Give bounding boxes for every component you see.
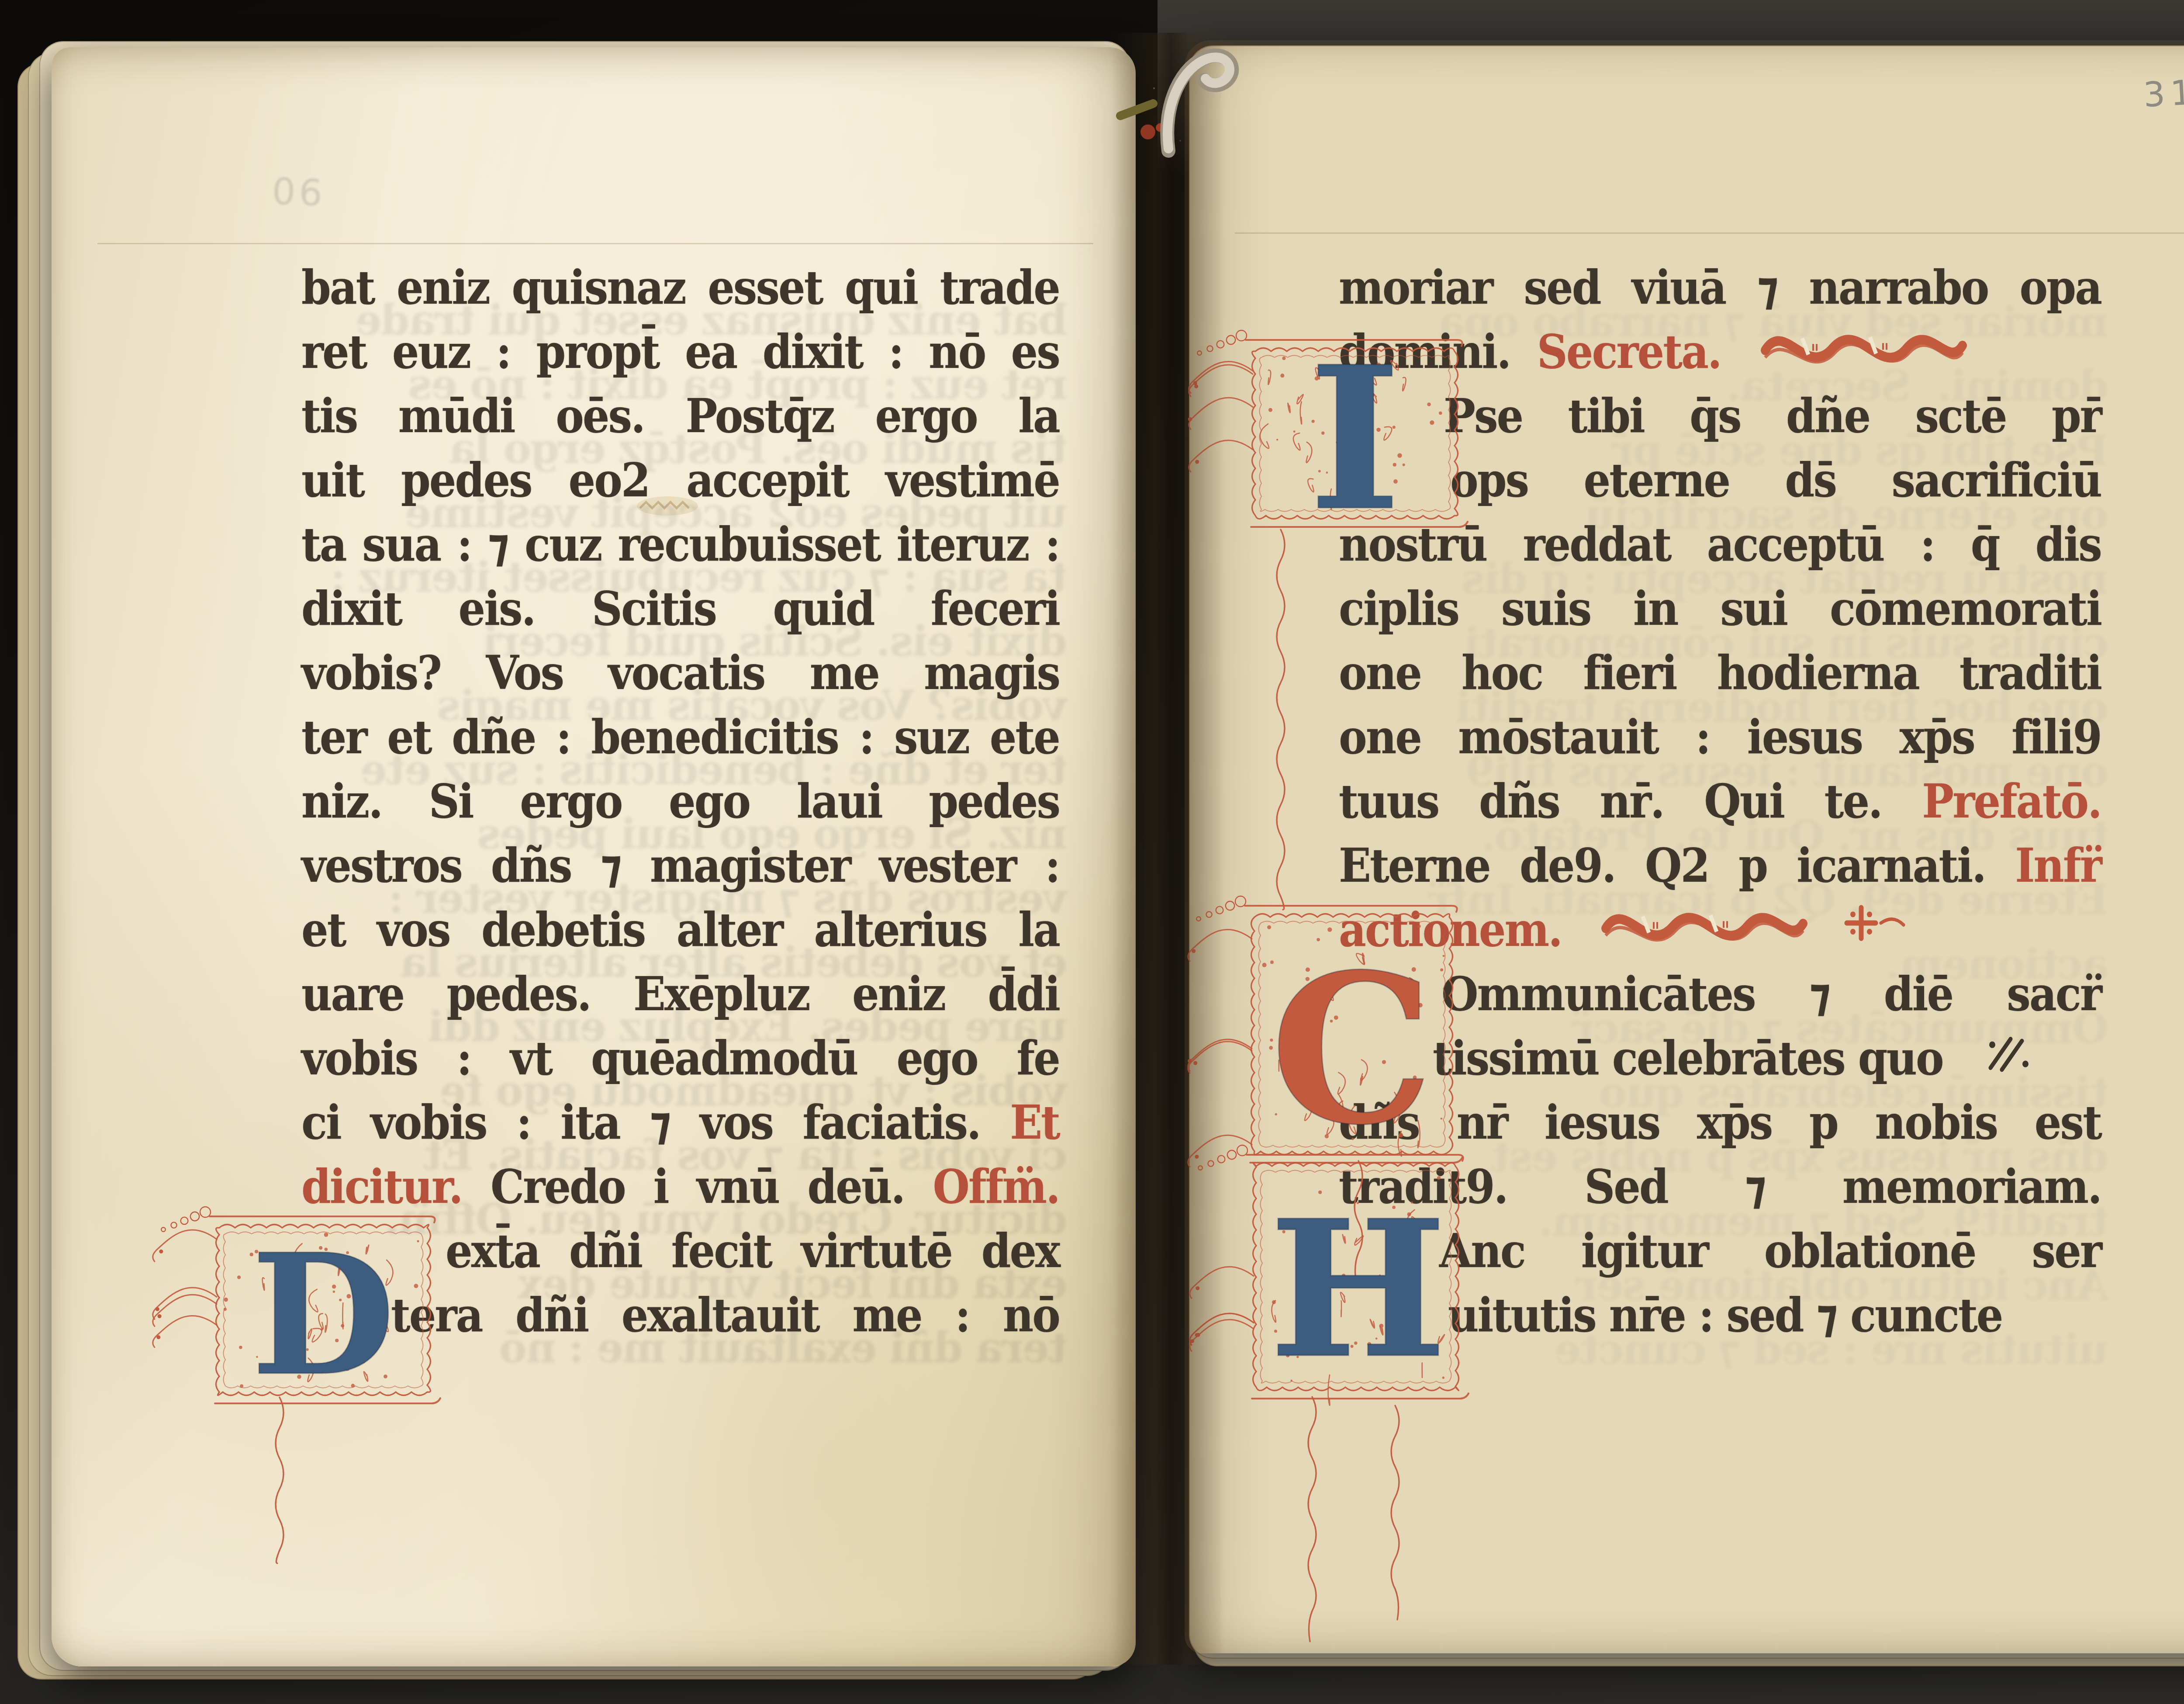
manuscript-line: batenizquisnazessetquitrade: [301, 253, 1059, 323]
body-text: suis: [1501, 574, 1591, 644]
rubric-text: Et: [1010, 1088, 1059, 1158]
left-text-column: batenizquisnazessetquitradereteuz:propt̄…: [301, 256, 1059, 1357]
ruling-line: [97, 243, 1093, 244]
body-text: vobis: [301, 1023, 417, 1094]
right-page: 31 moriar sed viuā ⁊ narrabo opadomini.…: [1185, 40, 2184, 1653]
body-text: quid: [773, 574, 874, 644]
body-text: feceri: [931, 574, 1059, 644]
body-text: ⁊: [1745, 1152, 1766, 1223]
body-text: :: [1045, 509, 1059, 580]
body-text: bat: [301, 253, 374, 323]
body-text: benedicitis: [591, 702, 838, 773]
body-text: uare: [301, 959, 404, 1030]
body-text: Qui: [1704, 766, 1784, 837]
body-text: ter: [301, 702, 366, 773]
body-text: ci: [301, 1088, 341, 1158]
body-text: nr̄.: [1600, 766, 1663, 837]
body-text: esset: [708, 253, 822, 323]
manuscript-line: Ancigituroblationēser: [1439, 1216, 2101, 1287]
body-text: :: [457, 509, 471, 580]
body-text: pedes: [929, 766, 1059, 837]
body-text: :: [516, 1088, 531, 1158]
manuscript-line: tissimū celebrātes quo: [1433, 1023, 2035, 1094]
body-text: vos: [377, 895, 450, 966]
body-text: te.: [1825, 766, 1882, 837]
svg-text:H: H: [1269, 1179, 1447, 1400]
body-text: quēadmodū: [591, 1023, 857, 1094]
body-text: uitutis nr̄e : sed ⁊ cuncte: [1448, 1280, 2015, 1351]
body-text: me: [852, 1280, 921, 1351]
body-text: ret: [301, 317, 366, 388]
body-text: diē: [1884, 959, 1952, 1030]
manuscript-line: Psetibiq̄sdñesctēpr̄: [1444, 381, 2101, 452]
body-text: laui: [797, 766, 882, 837]
manuscript-line: vestrosdñs⁊magistervester:: [301, 831, 1059, 901]
svg-text:D: D: [251, 1217, 395, 1413]
body-text: alter: [677, 895, 782, 966]
body-text: iesus: [1545, 1088, 1659, 1158]
body-text: q̄: [1971, 509, 1999, 580]
body-text: virtutē: [801, 1216, 952, 1287]
body-text: :: [1920, 509, 1935, 580]
body-text: ⁊: [488, 509, 508, 580]
manuscript-line: etvosdebetisalteralteriusla: [301, 895, 1059, 966]
rubric-text: Secreta.: [1524, 317, 1735, 388]
gutter-shadow: [1112, 33, 1225, 1665]
body-text: de9.: [1520, 831, 1615, 901]
body-text: dex: [981, 1216, 1059, 1287]
body-text: dñe: [1786, 381, 1870, 452]
manuscript-photo: 06 bat eniz quisnaz esset qui traderet e…: [0, 0, 2184, 1704]
body-text: magister: [650, 831, 850, 901]
body-text: :: [456, 1023, 471, 1094]
body-text: :: [1045, 831, 1059, 901]
manuscript-line: niz.Siergoegolauipedes: [301, 766, 1059, 837]
body-text: Credo: [491, 1152, 625, 1223]
body-text: uit: [301, 445, 364, 516]
manuscript-line: vobis:vtquēadmodūegofe: [301, 1023, 1059, 1094]
body-text: mōstauit: [1458, 702, 1658, 773]
body-text: :: [888, 317, 903, 388]
body-text: ergo: [520, 766, 622, 837]
body-text: iteruz: [896, 509, 1028, 580]
manuscript-line: teretdñe:benedicitis:suzete: [301, 702, 1059, 773]
manuscript-line: dixiteis.Scitisquidfeceri: [301, 574, 1059, 644]
body-text: niz.: [301, 766, 382, 837]
body-text: ⁊: [600, 831, 621, 901]
body-text: vestros: [301, 831, 462, 901]
body-text: narrabo: [1809, 253, 1988, 323]
body-text: vestimē: [885, 445, 1059, 516]
body-text: nō: [1003, 1280, 1059, 1351]
body-text: ⁊: [650, 1088, 670, 1158]
ruling-line: [1235, 232, 2184, 234]
body-text: tissimū celebrātes quo: [1433, 1023, 1956, 1094]
manuscript-line: teradñiexaltauitme:nō: [391, 1280, 1059, 1351]
body-text: i: [653, 1152, 668, 1223]
body-text: :: [556, 702, 570, 773]
body-text: pr̄: [2052, 381, 2101, 452]
body-text: hodierna: [1717, 638, 1919, 709]
body-text: dixit: [763, 317, 863, 388]
svg-text:C: C: [1270, 929, 1434, 1170]
body-text: magis: [924, 638, 1059, 709]
body-text: eniz: [397, 253, 489, 323]
body-text: est: [2035, 1088, 2101, 1158]
body-text: opa: [2020, 253, 2101, 323]
body-text: exaltauit: [622, 1280, 819, 1351]
body-text: fili9: [2011, 702, 2101, 773]
svg-text:I: I: [1309, 323, 1401, 554]
body-text: eis.: [459, 574, 535, 644]
body-text: xp̄s: [1697, 1088, 1772, 1158]
body-text: sua: [362, 509, 440, 580]
body-text: Sed: [1584, 1152, 1668, 1223]
body-text: quisnaz: [511, 253, 685, 323]
body-text: es: [1011, 317, 1059, 388]
body-text: Ommunicātes: [1441, 959, 1755, 1030]
body-text: Si: [429, 766, 473, 837]
body-text: ta: [301, 509, 346, 580]
body-text: ser: [2032, 1216, 2101, 1287]
manuscript-line: uitpedeseo2accepitvestimē: [301, 445, 1059, 516]
body-text: et: [301, 895, 346, 966]
manuscript-line: uarepedes.Exēpluzenizd̄di: [301, 959, 1059, 1030]
body-text: mūdi: [398, 381, 515, 452]
body-text: :: [496, 317, 510, 388]
body-text: vnū: [697, 1152, 779, 1223]
body-text: ego: [896, 1023, 977, 1094]
body-text: viuā: [1632, 253, 1726, 323]
body-text: acceptū: [1707, 509, 1884, 580]
body-text: la: [1018, 895, 1059, 966]
body-text: moriar: [1339, 253, 1492, 323]
body-text: ⁊: [1757, 253, 1778, 323]
body-text: cōmemorati: [1830, 574, 2101, 644]
manuscript-line: Ommunicātes⁊diēsacr̈: [1441, 959, 2101, 1030]
body-text: cuz: [525, 509, 601, 580]
body-text: ita: [560, 1088, 620, 1158]
body-text: sui: [1720, 574, 1787, 644]
body-text: ergo: [875, 381, 977, 452]
body-text: pedes.: [446, 959, 590, 1030]
rubric-text: Offm̈.: [933, 1152, 1059, 1223]
body-text: oēs.: [556, 381, 644, 452]
body-text: p: [1809, 1088, 1838, 1158]
body-text: fieri: [1583, 638, 1676, 709]
body-text: Postq̄z: [686, 381, 834, 452]
body-text: :: [955, 1280, 969, 1351]
manuscript-line: civobis:ita⁊vosfaciatis.Et: [301, 1088, 1059, 1158]
body-text: vocatis: [608, 638, 764, 709]
manuscript-line: tismūdioēs.Postq̄zergola: [301, 381, 1059, 452]
pencil-inscription: 06: [271, 170, 326, 215]
body-text: dñi: [569, 1216, 642, 1287]
body-text: icarnati.: [1797, 831, 1985, 901]
illuminated-initial-h: H: [1181, 1141, 1478, 1683]
rubric-text: Infr̈: [2015, 831, 2101, 901]
manuscript-line: vobis?Vosvocatismemagis: [301, 638, 1059, 709]
body-text: tibi: [1568, 381, 1644, 452]
body-text: qui: [845, 253, 917, 323]
body-text: pedes: [401, 445, 532, 516]
body-text: fe: [1017, 1023, 1059, 1094]
manuscript-line: tasua:⁊cuzrecubuissetiteruz:: [301, 509, 1059, 580]
manuscript-line: opseterneds̄sacrificiū: [1450, 445, 2101, 516]
body-text: ext̄a: [446, 1216, 539, 1287]
body-text: Scitis: [592, 574, 716, 644]
body-text: eterne: [1584, 445, 1730, 516]
body-text: trade: [940, 253, 1059, 323]
body-text: dis: [2035, 509, 2101, 580]
body-text: deū.: [808, 1152, 905, 1223]
body-text: suz: [894, 702, 969, 773]
body-text: ds̄: [1785, 445, 1836, 516]
body-text: propt̄: [536, 317, 659, 388]
body-text: alterius: [814, 895, 987, 966]
body-text: in: [1633, 574, 1677, 644]
body-text: iesus: [1747, 702, 1862, 773]
body-text: sacr̈: [2007, 959, 2101, 1030]
body-text: :: [859, 702, 874, 773]
body-text: :: [1696, 702, 1710, 773]
body-text: ⁊: [1809, 959, 1830, 1030]
body-text: fecit: [671, 1216, 771, 1287]
body-text: vobis: [370, 1088, 486, 1158]
body-text: nō: [929, 317, 985, 388]
folio-number-pencil: 31: [2143, 73, 2184, 115]
body-text: oblationē: [1764, 1216, 1976, 1287]
body-text: recubuisset: [618, 509, 880, 580]
manuscript-line: uitutis nr̄e : sed ⁊ cuncte: [1448, 1280, 2015, 1351]
manuscript-line: moriarsedviuā⁊narraboopa: [1339, 253, 2101, 323]
body-text: ego: [669, 766, 750, 837]
body-text: Q2: [1645, 831, 1709, 901]
body-text: euz: [392, 317, 470, 388]
body-text: et: [387, 702, 431, 773]
manuscript-line: ext̄adñifecitvirtutēdex: [446, 1216, 1059, 1287]
rubric-text: Prefatō.: [1922, 766, 2101, 837]
illuminated-initial-d: D: [144, 1203, 450, 1600]
body-text: tis: [301, 381, 357, 452]
body-text: nobis: [1875, 1088, 1997, 1158]
body-text: vos: [700, 1088, 773, 1158]
body-text: dñs: [1479, 766, 1559, 837]
body-text: xp̄s: [1900, 702, 1974, 773]
body-text: la: [1018, 381, 1059, 452]
body-text: debetis: [481, 895, 645, 966]
body-text: dñi: [515, 1280, 588, 1351]
body-text: sctē: [1915, 381, 2006, 452]
body-text: vt: [510, 1023, 552, 1094]
body-text: Exēpluz: [633, 959, 809, 1030]
body-text: vobis?: [301, 638, 441, 709]
body-text: q̄s: [1690, 381, 1740, 452]
body-text: accepit: [686, 445, 848, 516]
body-text: Vos: [486, 638, 563, 709]
body-text: traditi: [1959, 638, 2101, 709]
body-text: vester: [879, 831, 1016, 901]
body-text: igitur: [1581, 1216, 1708, 1287]
body-text: ete: [990, 702, 1059, 773]
body-text: dñs: [491, 831, 571, 901]
body-text: eo2: [569, 445, 650, 516]
body-text: memoriam.: [1842, 1152, 2101, 1223]
body-text: ea: [685, 317, 737, 388]
body-text: me: [810, 638, 879, 709]
body-text: dixit: [301, 574, 401, 644]
body-text: reddat: [1523, 509, 1670, 580]
body-text: sacrificiū: [1891, 445, 2101, 516]
body-text: eniz: [852, 959, 945, 1030]
left-page: 06 bat eniz quisnaz esset qui traderet e…: [52, 47, 1136, 1666]
body-text: faciatis.: [802, 1088, 980, 1158]
body-text: d̄di: [988, 959, 1059, 1030]
binding-cord: [1131, 17, 1280, 157]
body-text: dñe: [452, 702, 535, 773]
body-text: sed: [1524, 253, 1600, 323]
manuscript-line: reteuz:propt̄eadixit:nōes: [301, 317, 1059, 388]
body-text: p: [1738, 831, 1767, 901]
